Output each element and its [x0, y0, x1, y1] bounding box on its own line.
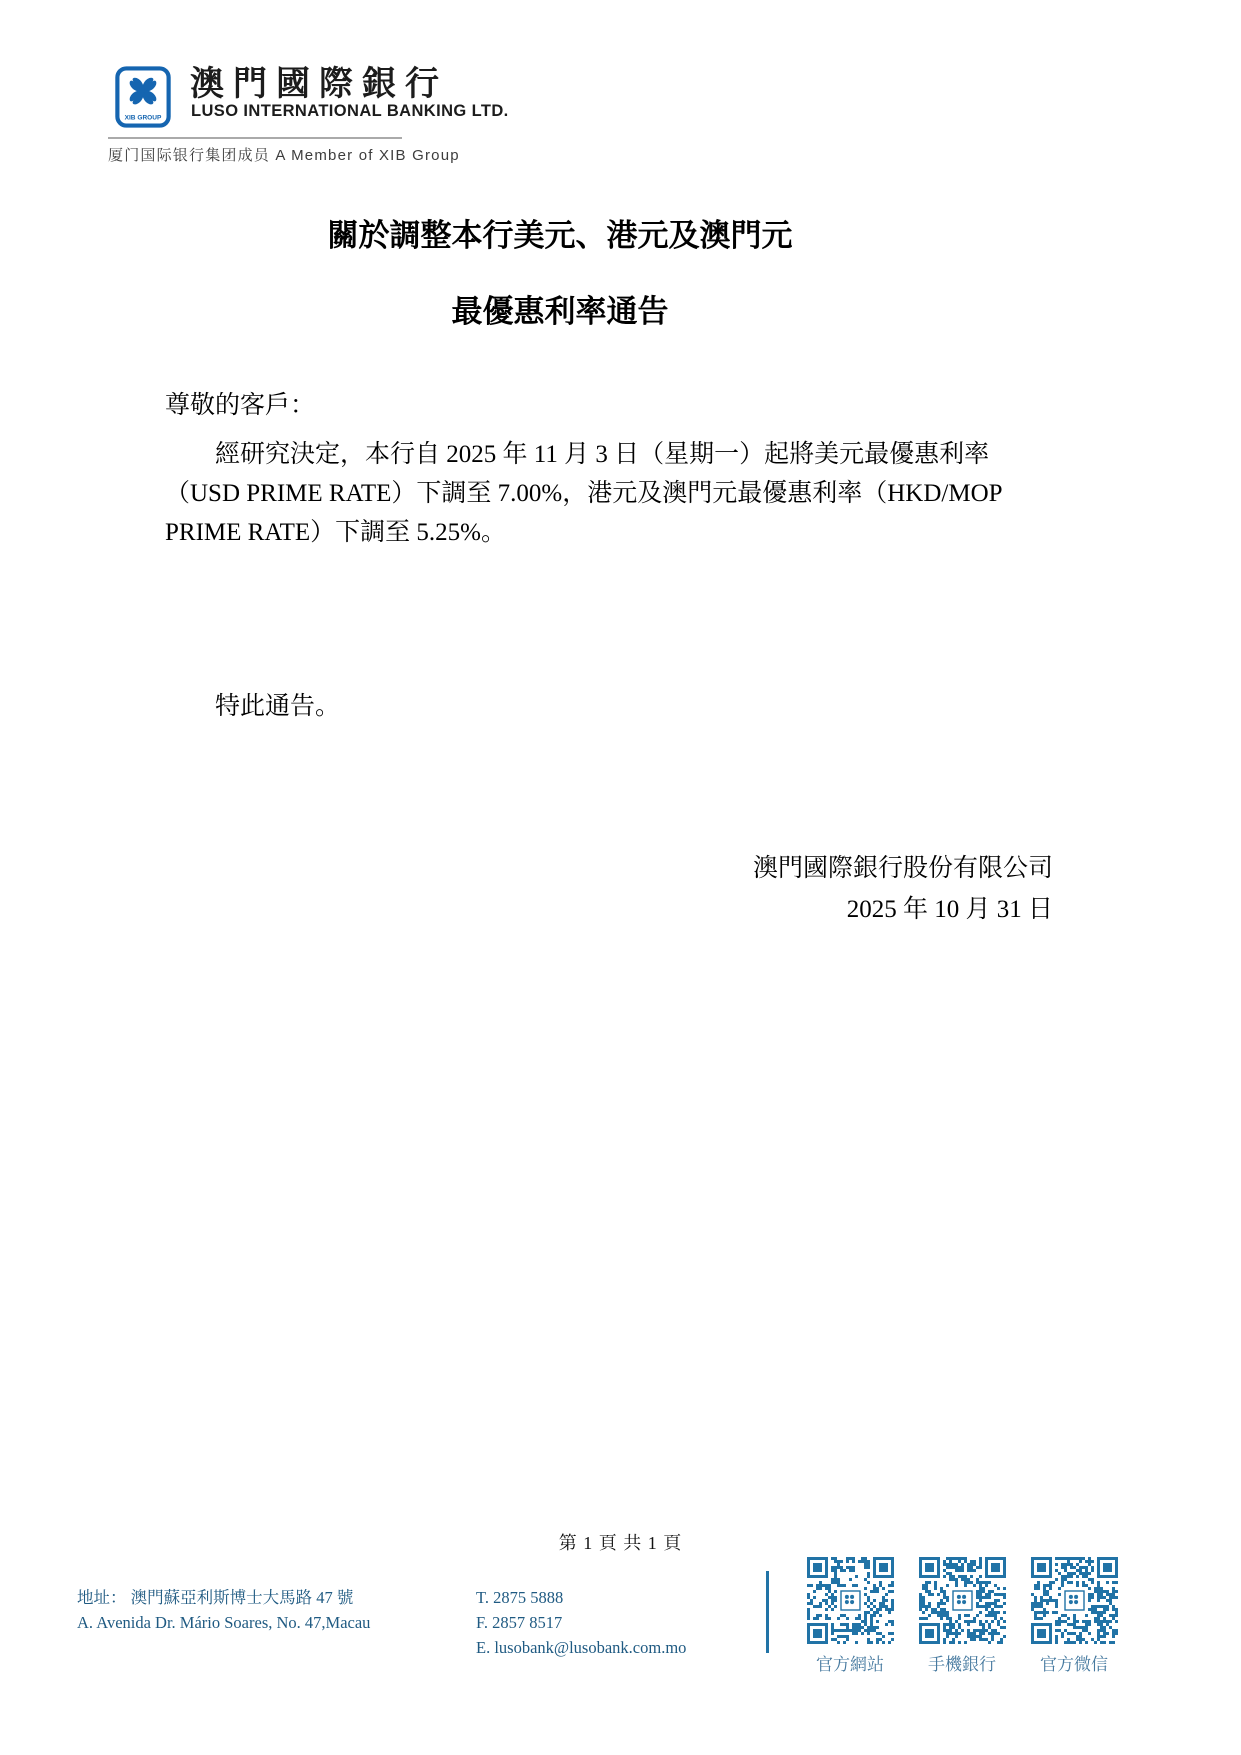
signature-date: 2025 年 10 月 31 日	[753, 889, 1053, 930]
qr-code-mobile-banking	[919, 1557, 1006, 1644]
qr-label-website: 官方網站	[816, 1650, 884, 1675]
body-line: （USD PRIME RATE）下調至 7.00%，港元及澳門元最優惠利率（HK…	[165, 474, 1003, 513]
qr-item-wechat: 官方微信	[1030, 1557, 1118, 1675]
body-line: 經研究決定，本行自 2025 年 11 月 3 日（星期一）起將美元最優惠利率	[165, 435, 1003, 474]
xib-group-badge-text: XIB GROUP	[125, 115, 162, 122]
footer-address-en: A. Avenida Dr. Mário Soares, No. 47,Maca…	[77, 1610, 370, 1635]
qr-code-wechat	[1031, 1557, 1118, 1644]
footer-address-block: 地址： 澳門蘇亞利斯博士大馬路 47 號 A. Avenida Dr. Mári…	[77, 1585, 370, 1635]
bank-name-zh: 澳門國際銀行	[190, 56, 448, 105]
salutation: 尊敬的客戶：	[165, 385, 315, 421]
footer-tel: T. 2875 5888	[476, 1585, 686, 1610]
notice-title: 關於調整本行美元、港元及澳門元 最優惠利率通告	[165, 210, 955, 331]
footer-contact-block: T. 2875 5888 F. 2857 8517 E. lusobank@lu…	[476, 1585, 686, 1660]
xib-group-logo-icon: XIB GROUP	[115, 66, 171, 128]
qr-code-group: 官方網站 手機銀行 官方微信	[806, 1557, 1118, 1675]
qr-label-mobile-banking: 手機銀行	[928, 1650, 996, 1675]
footer-email: E. lusobank@lusobank.com.mo	[476, 1635, 686, 1660]
signature-company: 澳門國際銀行股份有限公司	[753, 848, 1053, 889]
body-line: PRIME RATE）下調至 5.25%。	[165, 513, 1003, 552]
qr-item-website: 官方網站	[806, 1557, 894, 1675]
footer-vertical-divider	[766, 1571, 769, 1653]
bank-name-en: LUSO INTERNATIONAL BANKING LTD.	[191, 102, 509, 121]
notice-document-page: XIB GROUP 澳門國際銀行 LUSO INTERNATIONAL BANK…	[0, 0, 1241, 1755]
page-indicator: 第 1 頁 共 1 頁	[0, 1529, 1241, 1555]
notice-body-paragraph: 經研究決定，本行自 2025 年 11 月 3 日（星期一）起將美元最優惠利率 …	[165, 435, 1003, 552]
notice-title-line2: 最優惠利率通告	[165, 286, 955, 331]
signature-block: 澳門國際銀行股份有限公司 2025 年 10 月 31 日	[753, 848, 1053, 930]
footer-fax: F. 2857 8517	[476, 1610, 686, 1635]
closing-statement: 特此通告。	[215, 686, 340, 722]
letterhead-divider	[108, 137, 402, 139]
letterhead-tagline: 厦门国际银行集团成员 A Member of XIB Group	[108, 144, 460, 165]
notice-title-line1: 關於調整本行美元、港元及澳門元	[165, 210, 955, 255]
qr-label-wechat: 官方微信	[1040, 1650, 1108, 1675]
qr-code-website	[807, 1557, 894, 1644]
qr-item-mobile-banking: 手機銀行	[918, 1557, 1006, 1675]
footer-address-zh: 地址： 澳門蘇亞利斯博士大馬路 47 號	[77, 1585, 370, 1610]
